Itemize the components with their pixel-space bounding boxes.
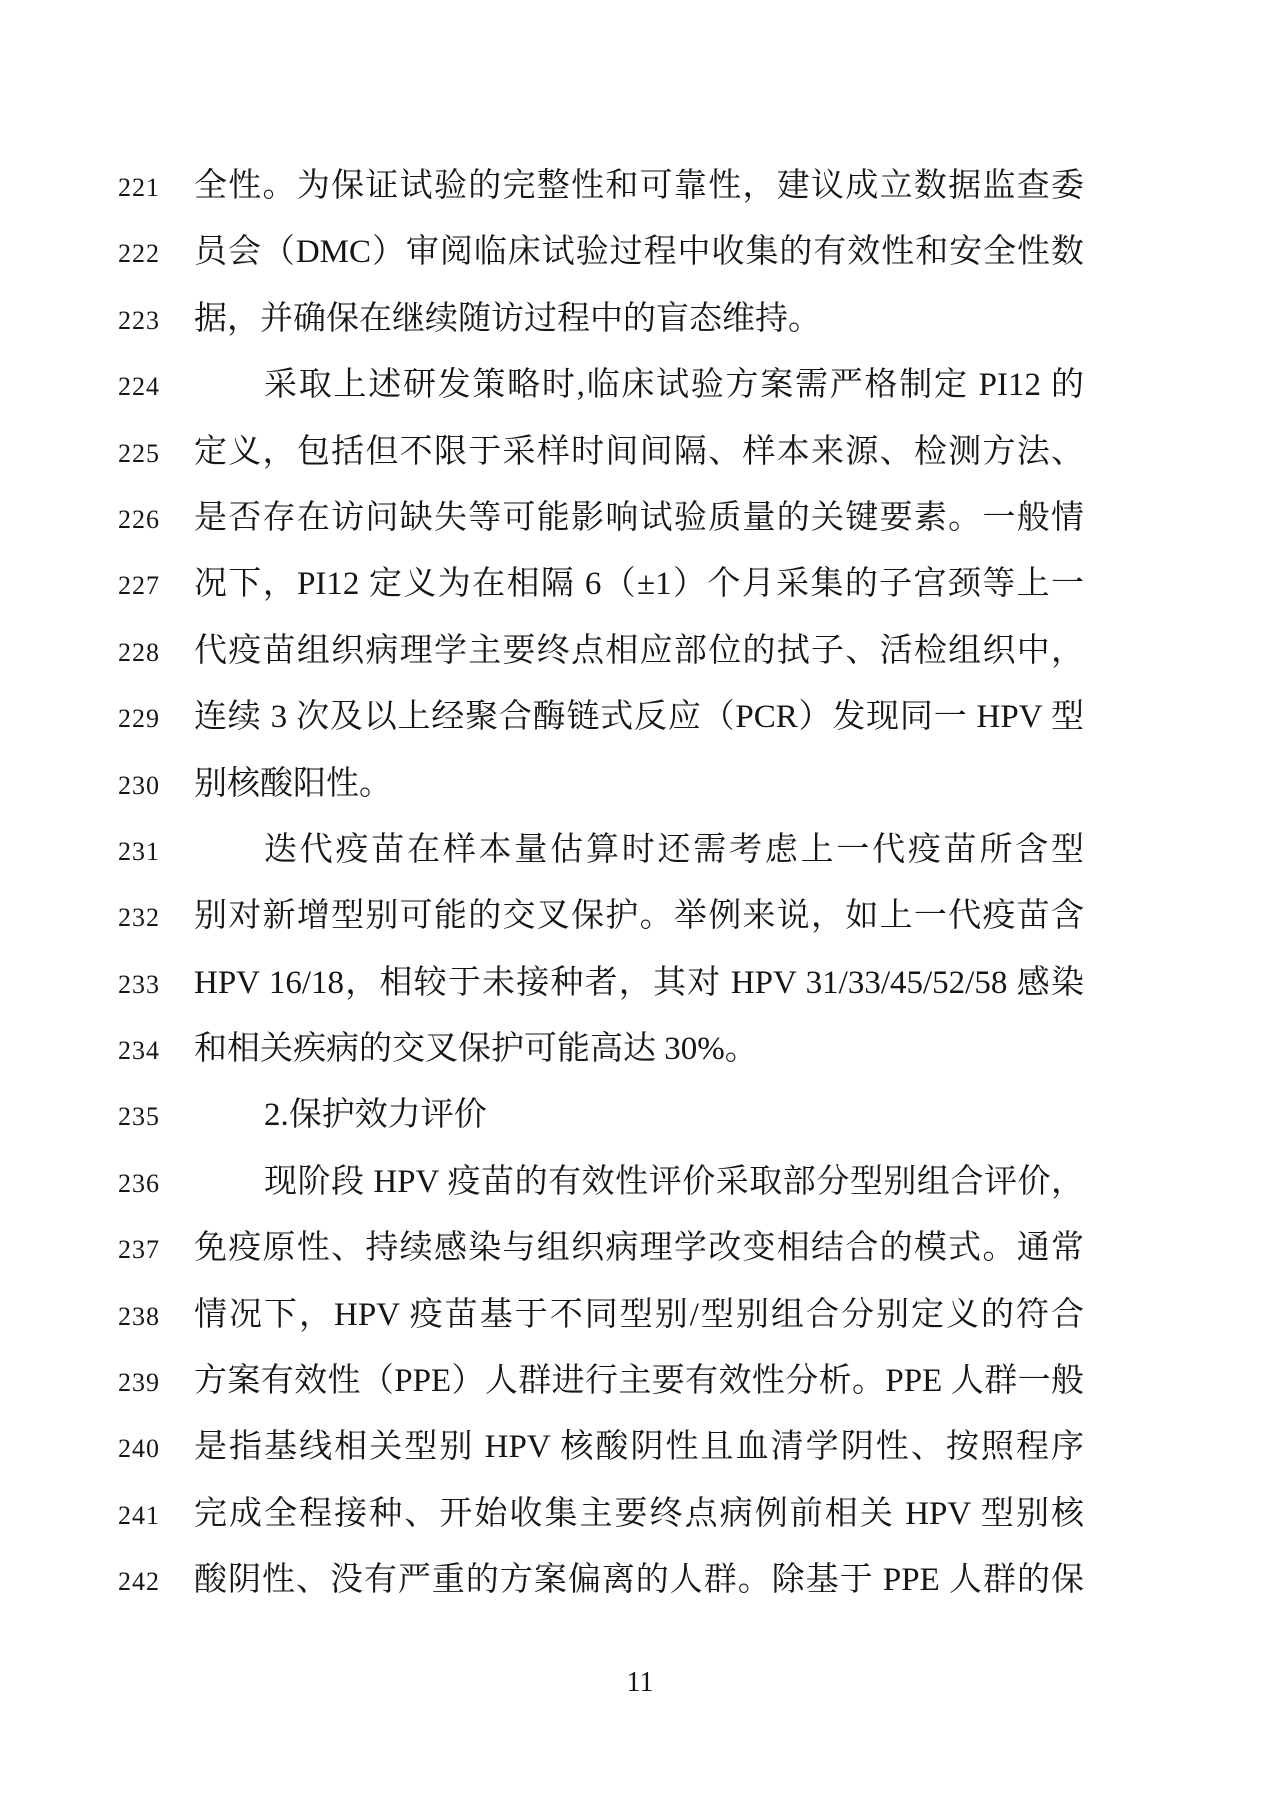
document-line-text: 和相关疾病的交叉保护可能高达 30%。 xyxy=(194,1016,1084,1082)
document-line-text: 现阶段 HPV 疫苗的有效性评价采取部分型别组合评价， xyxy=(194,1149,1084,1215)
document-line-text: 员会（DMC）审阅临床试验过程中收集的有效性和安全性数 xyxy=(194,219,1084,285)
line-number: 237 xyxy=(0,1217,194,1283)
document-line-text: 情况下，HPV 疫苗基于不同型别/型别组合分别定义的符合 xyxy=(194,1282,1084,1348)
line-number: 222 xyxy=(0,221,194,287)
line-number: 221 xyxy=(0,155,194,221)
document-line: 224 采取上述研发策略时,临床试验方案需严格制定 PI12 的 xyxy=(0,352,1280,418)
document-line-text: HPV 16/18，相较于未接种者，其对 HPV 31/33/45/52/58 … xyxy=(194,950,1084,1016)
document-line: 242 酸阴性、没有严重的方案偏离的人群。除基于 PPE 人群的保 xyxy=(0,1547,1280,1613)
line-number: 224 xyxy=(0,354,194,420)
line-number: 233 xyxy=(0,952,194,1018)
document-line: 232 别对新增型别可能的交叉保护。举例来说，如上一代疫苗含 xyxy=(0,883,1280,949)
line-number: 232 xyxy=(0,885,194,951)
document-line-text: 迭代疫苗在样本量估算时还需考虑上一代疫苗所含型 xyxy=(194,817,1084,883)
line-number: 231 xyxy=(0,819,194,885)
line-number: 223 xyxy=(0,288,194,354)
line-number: 230 xyxy=(0,753,194,819)
line-number: 229 xyxy=(0,686,194,752)
document-line-text: 况下，PI12 定义为在相隔 6（±1）个月采集的子宫颈等上一 xyxy=(194,551,1084,617)
document-line: 236 现阶段 HPV 疫苗的有效性评价采取部分型别组合评价， xyxy=(0,1149,1280,1215)
document-line: 238 情况下，HPV 疫苗基于不同型别/型别组合分别定义的符合 xyxy=(0,1282,1280,1348)
line-number: 240 xyxy=(0,1416,194,1482)
document-line-text: 是指基线相关型别 HPV 核酸阴性且血清学阴性、按照程序 xyxy=(194,1414,1084,1480)
document-line: 228 代疫苗组织病理学主要终点相应部位的拭子、活检组织中， xyxy=(0,618,1280,684)
line-number: 227 xyxy=(0,553,194,619)
line-number: 238 xyxy=(0,1284,194,1350)
line-number: 228 xyxy=(0,620,194,686)
document-line: 221 全性。为保证试验的完整性和可靠性，建议成立数据监查委 xyxy=(0,153,1280,219)
line-number: 239 xyxy=(0,1350,194,1416)
document-line: 222 员会（DMC）审阅临床试验过程中收集的有效性和安全性数 xyxy=(0,219,1280,285)
document-line: 231 迭代疫苗在样本量估算时还需考虑上一代疫苗所含型 xyxy=(0,817,1280,883)
document-line: 239 方案有效性（PPE）人群进行主要有效性分析。PPE 人群一般 xyxy=(0,1348,1280,1414)
document-line: 240 是指基线相关型别 HPV 核酸阴性且血清学阴性、按照程序 xyxy=(0,1414,1280,1480)
document-line: 234 和相关疾病的交叉保护可能高达 30%。 xyxy=(0,1016,1280,1082)
document-line-text: 别核酸阳性。 xyxy=(194,751,1084,817)
document-line-text: 代疫苗组织病理学主要终点相应部位的拭子、活检组织中， xyxy=(194,618,1084,684)
document-line-text: 是否存在访问缺失等可能影响试验质量的关键要素。一般情 xyxy=(194,485,1084,551)
document-line-text: 完成全程接种、开始收集主要终点病例前相关 HPV 型别核 xyxy=(194,1481,1084,1547)
document-line: 227 况下，PI12 定义为在相隔 6（±1）个月采集的子宫颈等上一 xyxy=(0,551,1280,617)
line-number: 242 xyxy=(0,1549,194,1615)
document-line: 235 2.保护效力评价 xyxy=(0,1082,1280,1148)
document-line: 241 完成全程接种、开始收集主要终点病例前相关 HPV 型别核 xyxy=(0,1481,1280,1547)
document-line: 230 别核酸阳性。 xyxy=(0,751,1280,817)
document-line-text: 别对新增型别可能的交叉保护。举例来说，如上一代疫苗含 xyxy=(194,883,1084,949)
document-line: 223 据，并确保在继续随访过程中的盲态维持。 xyxy=(0,286,1280,352)
document-line-text: 免疫原性、持续感染与组织病理学改变相结合的模式。通常 xyxy=(194,1215,1084,1281)
document-line-text: 全性。为保证试验的完整性和可靠性，建议成立数据监查委 xyxy=(194,153,1084,219)
line-number: 236 xyxy=(0,1151,194,1217)
line-number: 225 xyxy=(0,421,194,487)
document-line: 225 定义，包括但不限于采样时间间隔、样本来源、检测方法、 xyxy=(0,419,1280,485)
document-line: 229 连续 3 次及以上经聚合酶链式反应（PCR）发现同一 HPV 型 xyxy=(0,684,1280,750)
document-line-text: 据，并确保在继续随访过程中的盲态维持。 xyxy=(194,286,1084,352)
line-number: 235 xyxy=(0,1084,194,1150)
document-line-text: 方案有效性（PPE）人群进行主要有效性分析。PPE 人群一般 xyxy=(194,1348,1084,1414)
document-line-text: 采取上述研发策略时,临床试验方案需严格制定 PI12 的 xyxy=(194,352,1084,418)
page-number: 11 xyxy=(627,1667,654,1698)
document-line-text: 定义，包括但不限于采样时间间隔、样本来源、检测方法、 xyxy=(194,419,1084,485)
document-line-text: 酸阴性、没有严重的方案偏离的人群。除基于 PPE 人群的保 xyxy=(194,1547,1084,1613)
document-line: 226 是否存在访问缺失等可能影响试验质量的关键要素。一般情 xyxy=(0,485,1280,551)
document-line-text: 连续 3 次及以上经聚合酶链式反应（PCR）发现同一 HPV 型 xyxy=(194,684,1084,750)
document-line: 237 免疫原性、持续感染与组织病理学改变相结合的模式。通常 xyxy=(0,1215,1280,1281)
document-page: 221 全性。为保证试验的完整性和可靠性，建议成立数据监查委 222 员会（DM… xyxy=(0,153,1280,1614)
line-number: 234 xyxy=(0,1018,194,1084)
document-section-heading: 2.保护效力评价 xyxy=(194,1082,1084,1148)
line-number: 241 xyxy=(0,1483,194,1549)
page-footer: 11 xyxy=(0,1663,1280,1703)
document-line: 233 HPV 16/18，相较于未接种者，其对 HPV 31/33/45/52… xyxy=(0,950,1280,1016)
line-number: 226 xyxy=(0,487,194,553)
